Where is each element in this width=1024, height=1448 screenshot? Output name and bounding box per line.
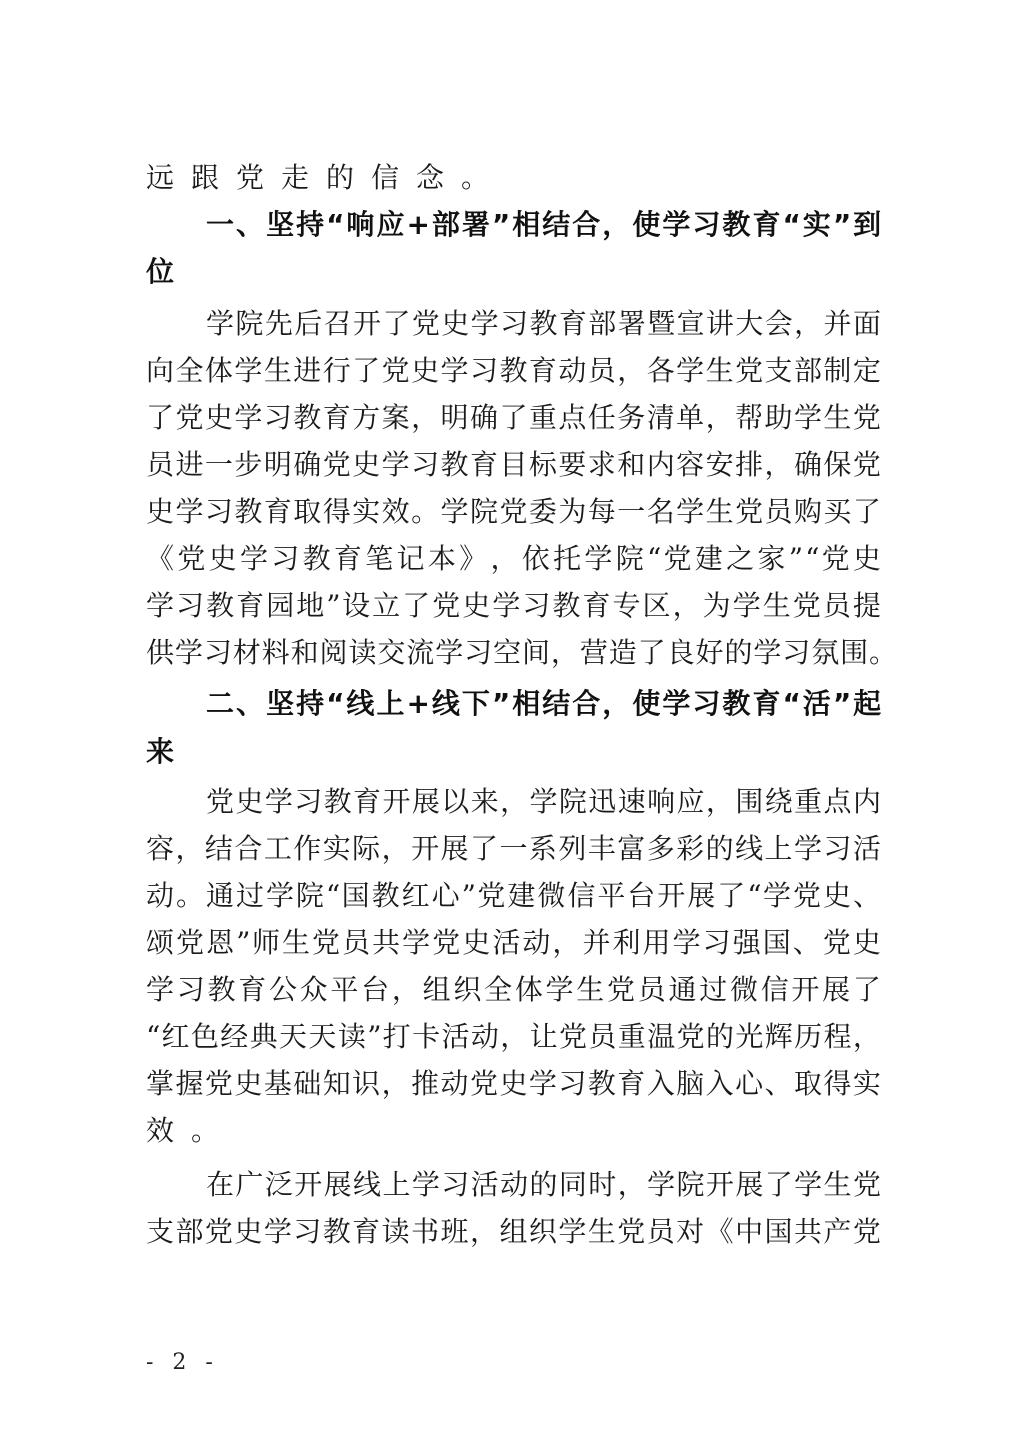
- body-text-line: 学 院 先 后 召 开 了 党 史 学 习 教 育 部 署 暨 宣 讲 大 会 …: [146, 300, 881, 348]
- body-text-line: 向 全 体 学 生 进 行 了 党 史 学 习 教 育 动 员 ， 各 学 生 …: [146, 347, 881, 395]
- body-text-line: 供 学 习 材 料 和 阅 读 交 流 学 习 空 间 ， 营 造 了 良 好 …: [146, 629, 881, 677]
- body-text-line: 员 进 一 步 明 确 党 史 学 习 教 育 目 标 要 求 和 内 容 安 …: [146, 441, 881, 489]
- body-text-line: 党 史 学 习 教 育 开 展 以 来 ， 学 院 迅 速 响 应 ， 围 绕 …: [146, 778, 881, 826]
- body-text-line: 《 党 史 学 习 教 育 笔 记 本 》 ， 依 托 学 院 “ 党 建 之 …: [146, 535, 881, 583]
- body-text-line: 容 ， 结 合 工 作 实 际 ， 开 展 了 一 系 列 丰 富 多 彩 的 …: [146, 825, 881, 873]
- document-page: 远跟党走的信念。 一 、 坚 持 “ 响 应 + 部 署 ” 相 结 合 ， 使…: [0, 0, 1024, 1448]
- body-text-line: 在 广 泛 开 展 线 上 学 习 活 动 的 同 时 ， 学 院 开 展 了 …: [146, 1161, 881, 1209]
- body-text-line: 支 部 党 史 学 习 教 育 读 书 班 ， 组 织 学 生 党 员 对 《 …: [146, 1208, 881, 1256]
- body-text-line: 颂 党 恩 ” 师 生 党 员 共 学 党 史 活 动 ， 并 利 用 学 习 …: [146, 919, 881, 967]
- body-text-line: 动 。 通 过 学 院 “ 国 教 红 心 ” 党 建 微 信 平 台 开 展 …: [146, 872, 881, 920]
- page-number: - 2 -: [146, 1350, 219, 1375]
- body-text-line: 远跟党走的信念。: [146, 154, 881, 202]
- body-text-line: 了 党 史 学 习 教 育 方 案 ， 明 确 了 重 点 任 务 清 单 ， …: [146, 394, 881, 442]
- section-heading-1-cont: 位: [146, 248, 881, 296]
- body-text-line: 掌 握 党 史 基 础 知 识 ， 推 动 党 史 学 习 教 育 入 脑 入 …: [146, 1060, 881, 1108]
- body-text-line: 效。: [146, 1107, 881, 1155]
- body-text-line: “ 红 色 经 典 天 天 读 ” 打 卡 活 动 ， 让 党 员 重 温 党 …: [146, 1013, 881, 1061]
- body-text-line: 学 习 教 育 园 地 ” 设 立 了 党 史 学 习 教 育 专 区 ， 为 …: [146, 582, 881, 630]
- section-heading-2-cont: 来: [146, 728, 881, 776]
- body-text-line: 学 习 教 育 公 众 平 台 ， 组 织 全 体 学 生 党 员 通 过 微 …: [146, 966, 881, 1014]
- section-heading-2: 二 、 坚 持 “ 线 上 + 线 下 ” 相 结 合 ， 使 学 习 教 育 …: [146, 680, 881, 728]
- body-text-line: 史 学 习 教 育 取 得 实 效 。 学 院 党 委 为 每 一 名 学 生 …: [146, 488, 881, 536]
- section-heading-1: 一 、 坚 持 “ 响 应 + 部 署 ” 相 结 合 ， 使 学 习 教 育 …: [146, 201, 881, 249]
